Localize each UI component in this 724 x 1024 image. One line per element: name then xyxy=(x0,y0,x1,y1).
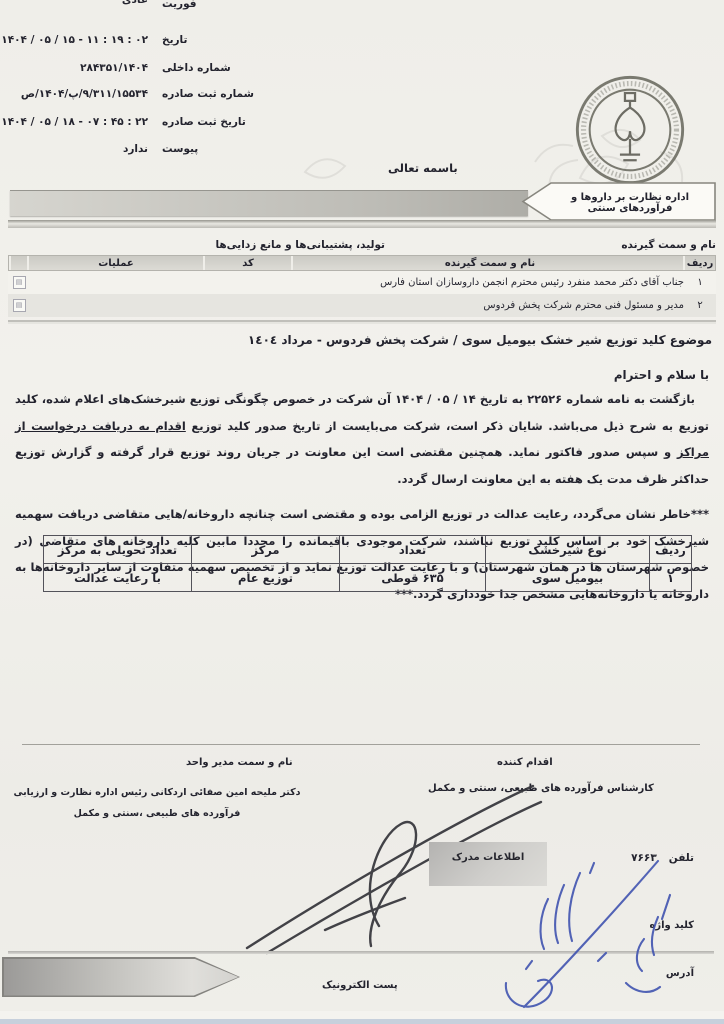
salutation: با سلام و احترام xyxy=(15,368,709,382)
actor-label: اقدام کننده xyxy=(497,757,553,768)
department-banner-title: اداره نظارت بر داروها و فرآوردهای سنتی xyxy=(548,192,712,214)
recipient-name: مدیر و مسئول فنی محترم شرکت پخش فردوس xyxy=(292,300,684,311)
header-code: کد xyxy=(203,256,291,270)
handwritten-note-blue xyxy=(478,843,688,1021)
subject-line: موضوع کلید توزیع شیر خشک بیومیل سوی / شر… xyxy=(248,333,712,347)
attachment-value: ندارد xyxy=(123,143,148,155)
signature-divider xyxy=(22,744,700,745)
email-label: پست الکترونیک xyxy=(322,980,398,991)
dist-header-milk-type: نوع شیرخشک xyxy=(486,536,650,564)
dist-header-delivered: تعداد تحویلی به مرکز xyxy=(44,536,192,564)
dist-header-count: تعداد xyxy=(340,536,486,564)
table-row: ۱ جناب آقای دکتر محمد منفرد رئیس محترم ا… xyxy=(8,271,716,294)
attachment-label: پیوست xyxy=(162,143,198,155)
dist-milk-type: بیومیل سوی xyxy=(486,564,650,592)
outgoing-number-label: شماره ثبت صادره xyxy=(162,88,254,100)
row-number: ۲ xyxy=(684,300,716,311)
table-row: ۲ مدیر و مسئول فنی محترم شرکت پخش فردوس … xyxy=(8,294,716,317)
dist-center: توزیع عام xyxy=(192,564,340,592)
recipients-table: ردیف نام و سمت گیرنده کد عملیات ۱ جناب آ… xyxy=(8,255,716,317)
manager-label: نام و سمت مدیر واحد xyxy=(186,757,293,768)
dist-header-center: مرکز xyxy=(192,536,340,564)
recipient-name: جناب آقای دکتر محمد منفرد رئیس محترم انج… xyxy=(292,277,684,288)
recipient-section-label: نام و سمت گیرنده xyxy=(621,239,716,251)
header-name: نام و سمت گیرنده xyxy=(291,256,683,270)
body-paragraph-1: بازگشت به نامه شماره ۲۲۵۲۶ به تاریخ ۱۴ /… xyxy=(15,386,709,492)
outgoing-date-value: ۱۴۰۴ / ۰۵ / ۱۸ - ۰۷ : ۴۵ : ۲۲ xyxy=(1,116,148,128)
urgency-value: عادی xyxy=(122,0,148,6)
p1-after: و سپس صدور فاکتور نماید. همچنین مقتضی اس… xyxy=(15,445,709,486)
section-divider xyxy=(8,320,716,322)
distribution-header-row: ردیف نوع شیرخشک تعداد مرکز تعداد تحویلی … xyxy=(44,536,692,564)
footer-pentagon-bar xyxy=(4,959,239,996)
internal-number-label: شماره داخلی xyxy=(162,62,231,74)
date-value: ۱۴۰۴ / ۰۵ / ۱۵ - ۱۱ : ۱۹ : ۰۲ xyxy=(1,34,148,46)
outgoing-date-label: تاریخ ثبت صادره xyxy=(162,116,246,128)
dist-header-row-no: ردیف xyxy=(650,536,692,564)
dist-count: ۶۳۵ قوطی xyxy=(340,564,486,592)
divider-bar xyxy=(8,220,716,228)
distribution-data-row: ۱ بیومیل سوی ۶۳۵ قوطی توزیع عام با رعایت… xyxy=(44,564,692,592)
university-seal-icon xyxy=(574,74,686,186)
banner-bar xyxy=(10,190,528,216)
dist-delivered: با رعایت عدالت xyxy=(44,564,192,592)
scan-edge-light xyxy=(0,1011,724,1019)
scan-edge-blue xyxy=(0,1019,724,1024)
bismillah: باسمه تعالی xyxy=(388,161,458,175)
date-label: تاریخ xyxy=(162,34,187,46)
row-number: ۱ xyxy=(684,277,716,288)
document-action-icon: ▤ xyxy=(13,276,26,289)
scanned-letter-page: فوریت عادی تاریخ ۱۴۰۴ / ۰۵ / ۱۵ - ۱۱ : ۱… xyxy=(0,0,724,1024)
production-section-label: تولید، پشتیبانی‌ها و مانع زدایی‌ها xyxy=(233,239,385,251)
internal-number-value: ۲۸۴۳۵۱/۱۴۰۴ xyxy=(80,62,148,74)
urgency-label: فوریت xyxy=(162,0,197,10)
distribution-table: ردیف نوع شیرخشک تعداد مرکز تعداد تحویلی … xyxy=(43,535,692,592)
header-spacer xyxy=(9,256,27,270)
recipients-table-header: ردیف نام و سمت گیرنده کد عملیات xyxy=(8,255,716,271)
header-actions: عملیات xyxy=(27,256,203,270)
outgoing-number-value: ص/۱۴۰۴/پ/۹/۳۱۱/۱۵۵۳۴ xyxy=(21,88,148,100)
document-action-icon: ▤ xyxy=(13,299,26,312)
header-row-no: ردیف xyxy=(683,256,715,270)
dist-row-no: ۱ xyxy=(650,564,692,592)
